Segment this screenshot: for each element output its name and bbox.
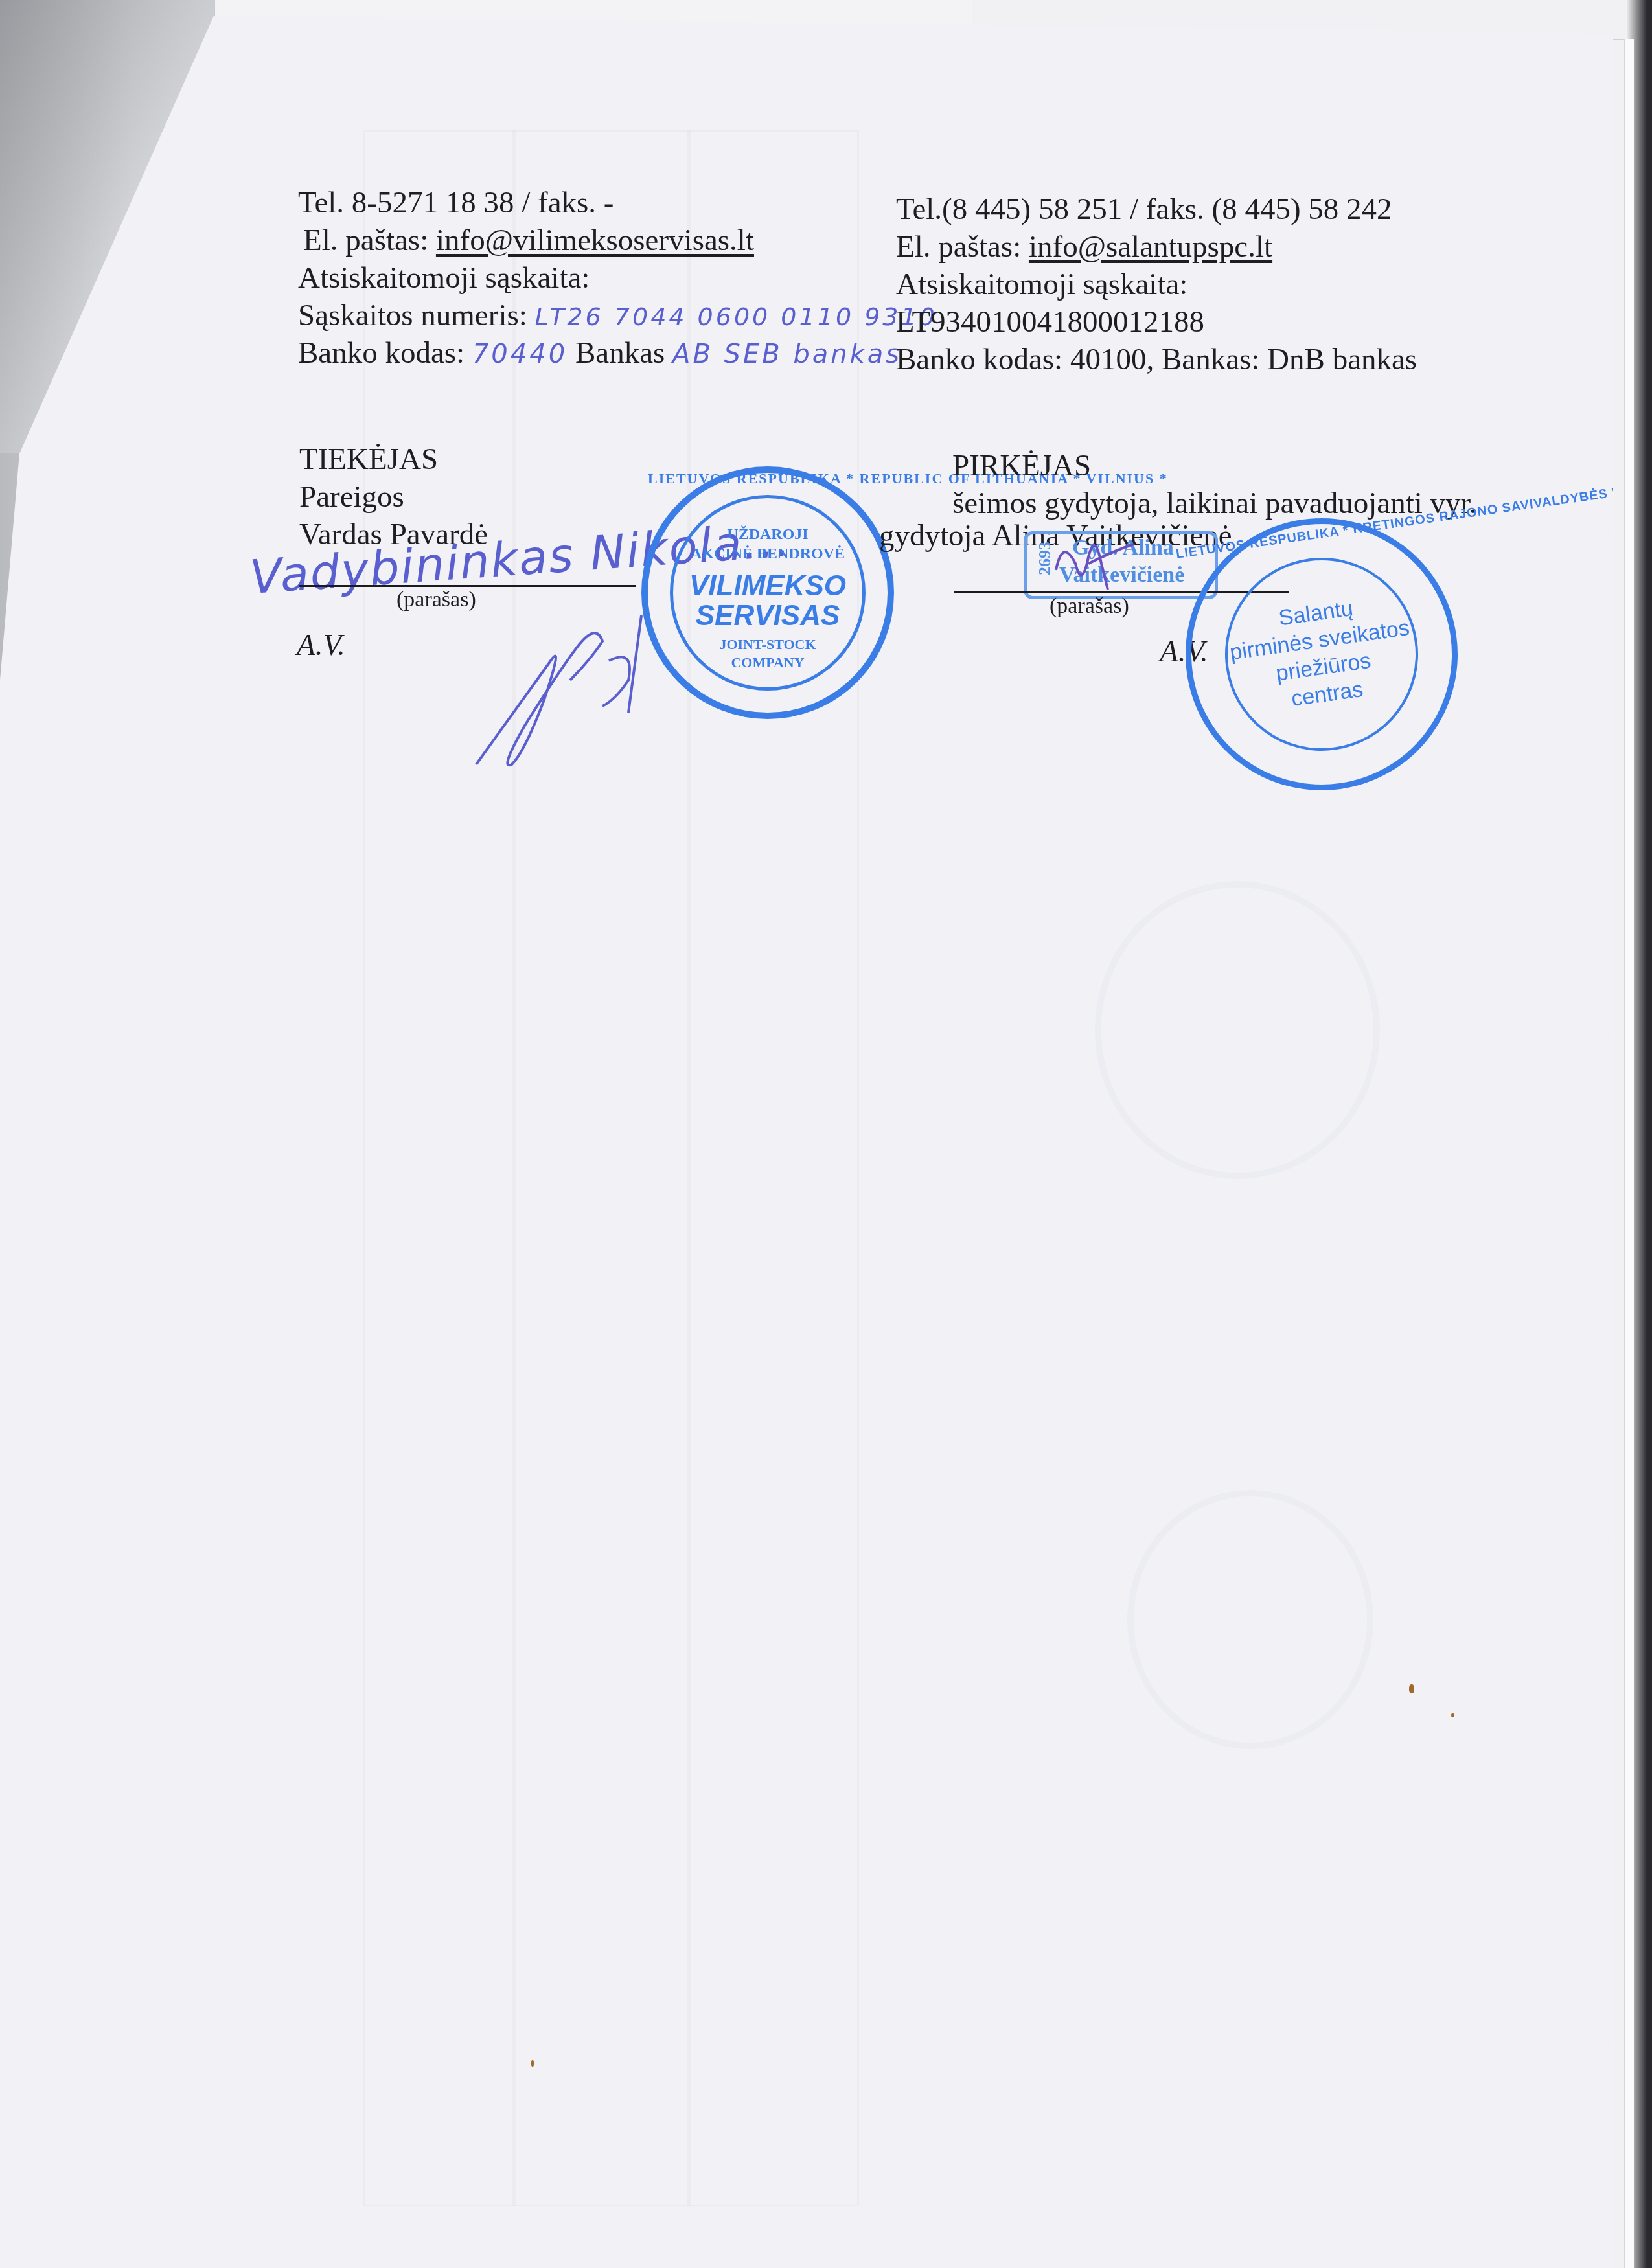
- paper-speck: [1451, 1713, 1454, 1717]
- buyer-account-number: LT934010041800012188: [896, 302, 1204, 342]
- supplier-seal-place: A.V.: [297, 625, 345, 665]
- supplier-bank-label: Bankas: [575, 336, 665, 370]
- buyer-email-link[interactable]: info@salantupspc.lt: [1029, 230, 1272, 264]
- showthrough-seal: [1127, 1490, 1373, 1749]
- paper-stack-edge: [1624, 39, 1634, 2268]
- supplier-email-link[interactable]: info@vilimeksoservisas.lt: [436, 223, 754, 257]
- buyer-bank-line: Banko kodas: 40100, Bankas: DnB bankas: [896, 339, 1417, 380]
- supplier-bank-code: 70440: [472, 339, 568, 369]
- document-page: Tel. 8-5271 18 38 / faks. - El. paštas: …: [0, 0, 1623, 2268]
- supplier-account-label: Atsiskaitomoji sąskaita:: [298, 258, 590, 298]
- paper-speck: [531, 2060, 534, 2067]
- supplier-role: TIEKĖJAS: [299, 439, 438, 479]
- supplier-seal: LIETUVOS RESPUBLIKA * REPUBLIC OF LITHUA…: [641, 466, 894, 719]
- showthrough-line: [687, 130, 691, 2206]
- buyer-email-label: El. paštas:: [896, 230, 1021, 264]
- paper-speck: [1409, 1684, 1414, 1693]
- supplier-bank-row: Banko kodas: 70440 Bankas AB SEB bankas: [298, 333, 902, 374]
- buyer-role: PIRKĖJAS: [952, 446, 1091, 486]
- supplier-seal-ring-text: LIETUVOS RESPUBLIKA * REPUBLIC OF LITHUA…: [648, 470, 888, 487]
- supplier-email-row: El. paštas: info@vilimeksoservisas.lt: [303, 220, 754, 260]
- buyer-signature-caption: (parašas): [1050, 586, 1129, 626]
- supplier-seal-line2: AKCINĖ BENDROVĖ: [648, 545, 888, 563]
- supplier-seal-line5: JOINT-STOCK: [648, 636, 888, 653]
- supplier-seal-line1: UŽDAROJI: [648, 526, 888, 544]
- supplier-email-label: El. paštas:: [303, 223, 428, 257]
- buyer-seal: LIETUVOS RESPUBLIKA * KRETINGOS RAJONO S…: [1168, 501, 1475, 808]
- supplier-phone: Tel. 8-5271 18 38 / faks. -: [298, 183, 614, 223]
- supplier-bank-code-label: Banko kodas:: [298, 336, 465, 370]
- showthrough-line: [512, 130, 516, 2206]
- supplier-signature-caption: (parašas): [396, 580, 476, 620]
- supplier-seal-line6: COMPANY: [648, 654, 888, 671]
- buyer-email-row: El. paštas: info@salantupspc.lt: [896, 227, 1272, 267]
- supplier-account-number: LT26 7044 0600 0110 9310: [535, 303, 937, 331]
- supplier-account-number-label: Sąskaitos numeris:: [298, 299, 527, 332]
- supplier-position-label: Pareigos: [299, 477, 404, 517]
- supplier-bank-name: AB SEB bankas: [672, 339, 902, 369]
- buyer-account-label: Atsiskaitomoji sąskaita:: [896, 264, 1187, 304]
- buyer-pen-signature-icon: [1050, 525, 1140, 596]
- supplier-seal-line4: SERVISAS: [648, 600, 888, 632]
- showthrough-seal: [1095, 881, 1380, 1179]
- supplier-seal-line3: VILIMEKSO: [648, 570, 888, 602]
- buyer-phone: Tel.(8 445) 58 251 / faks. (8 445) 58 24…: [896, 189, 1392, 229]
- supplier-account-row: Sąskaitos numeris: LT26 7044 0600 0110 9…: [298, 295, 937, 337]
